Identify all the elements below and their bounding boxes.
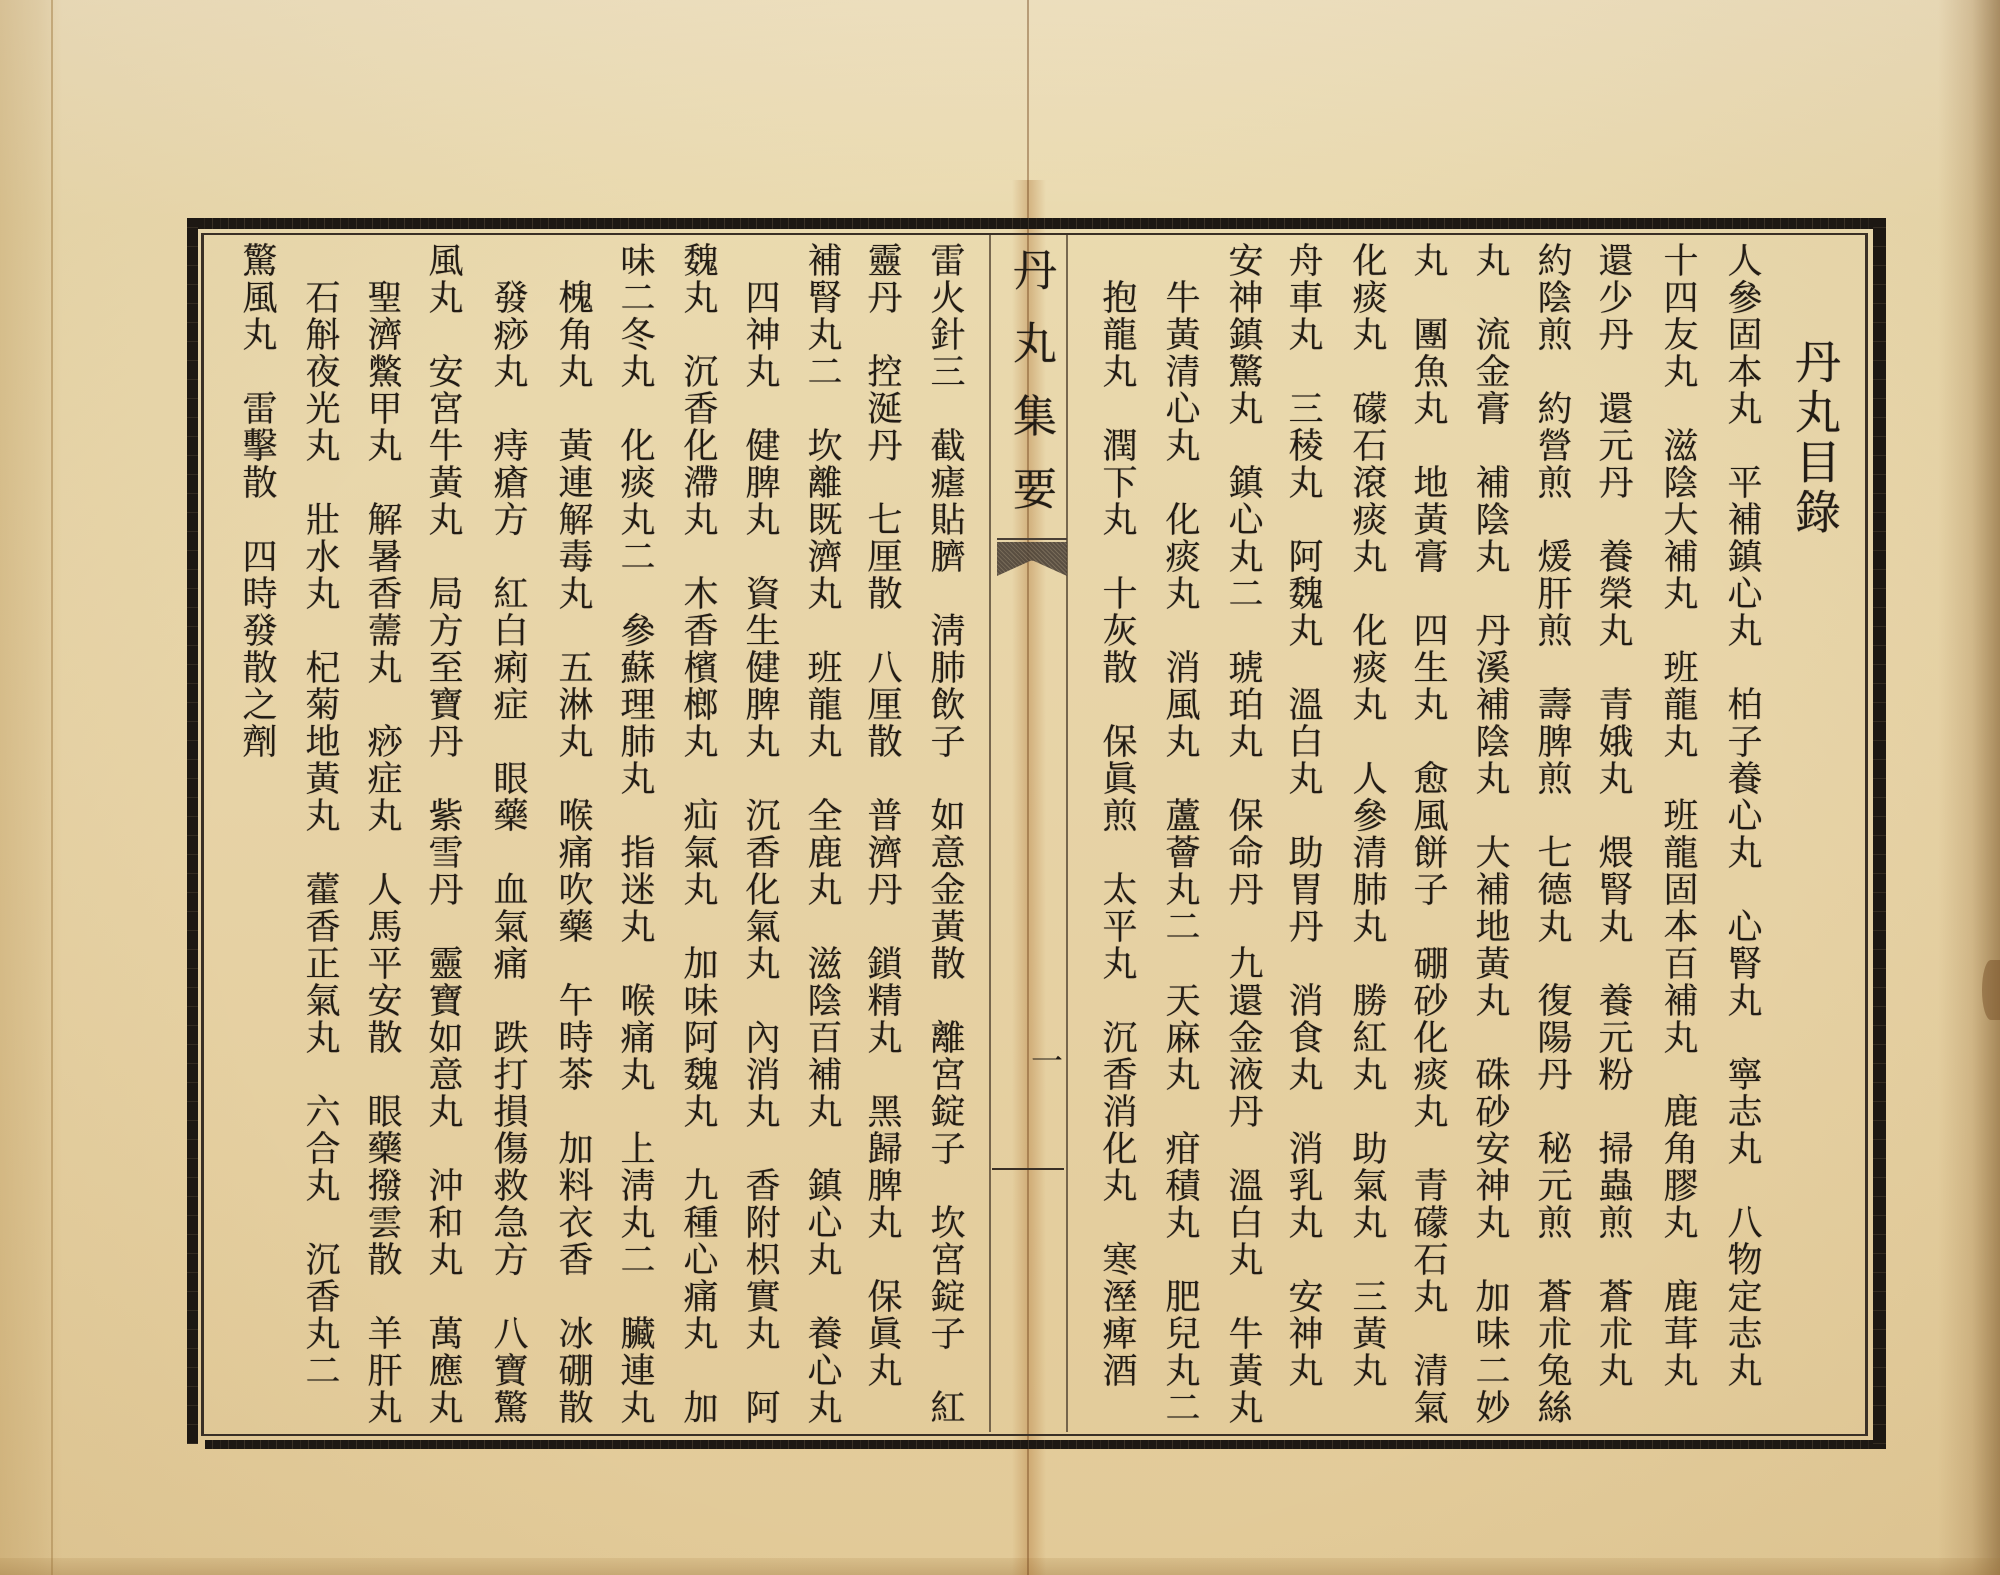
list-item: 控涎丹 [862,353,902,464]
list-item: 紅白痢症 [488,575,528,723]
toc-column: 補腎丸二坎離既濟丸班龍丸全鹿丸滋陰百補丸鎮心丸養心丸 [800,242,844,1502]
list-item: 全鹿丸 [802,797,842,908]
list-item: 鎖精丸 [862,945,902,1056]
list-item: 內消丸 [740,1019,780,1130]
list-item: 壯水丸 [300,501,340,612]
list-item: 人馬平安散 [362,871,402,1056]
list-item: 槐角丸 [553,279,593,390]
list-item: 養心丸 [802,1315,842,1426]
list-item: 鎮心丸 [802,1167,842,1278]
list-item: 杞菊地黃丸 [300,649,340,834]
list-item: 八寶驚 [488,1315,528,1426]
list-item: 沉香丸二 [300,1241,340,1389]
list-item: 四時發散之劑 [237,538,277,760]
list-item: 冰硼散 [553,1315,593,1426]
list-item: 八厘散 [862,649,902,760]
list-item: 雷擊散 [237,390,277,501]
toc-column: 聖濟鱉甲丸解暑香薷丸痧症丸人馬平安散眼藥撥雲散羊肝丸 [360,279,404,1539]
list-item: 香附枳實丸 [740,1167,780,1352]
list-item: 阿 [740,1389,780,1426]
list-item: 驚風丸 [237,242,277,353]
list-item: 坎離既濟丸 [802,427,842,612]
list-item: 眼藥撥雲散 [362,1093,402,1278]
list-item: 普濟丹 [862,797,902,908]
list-item: 七厘散 [862,501,902,612]
toc-column: 魏丸沉香化滯丸木香檳榔丸疝氣丸加味阿魏丸九種心痛丸加 [676,242,720,1502]
list-item: 跌打損傷救急方 [488,1019,528,1278]
list-item: 石斛夜光丸 [300,279,340,464]
list-item: 離宮錠子 [925,1019,965,1167]
list-item: 黑歸脾丸 [862,1093,902,1241]
list-item: 雷火針三 [925,242,965,390]
list-item: 藿香正氣丸 [300,871,340,1056]
toc-column: 槐角丸黃連解毒丸五淋丸喉痛吹藥午時茶加料衣香冰硼散 [551,279,595,1539]
list-item: 喉痛丸 [615,982,655,1093]
list-item: 化痰丸二 [615,427,655,575]
list-item: 發痧丸 [488,279,528,390]
toc-column: 驚風丸雷擊散四時發散之劑 [235,242,279,1502]
list-item: 沖和丸 [423,1167,463,1278]
toc-column: 風丸安宮牛黃丸局方至寶丹紫雪丹靈寶如意丸沖和丸萬應丸 [421,242,465,1502]
list-item: 味二冬丸 [615,242,655,390]
toc-column: 發痧丸痔瘡方紅白痢症眼藥血氣痛跌打損傷救急方八寶驚 [486,279,530,1539]
list-item: 坎宮錠子 [925,1204,965,1352]
list-item: 羊肝丸 [362,1315,402,1426]
list-item: 沉香化氣丸 [740,797,780,982]
list-item: 木香檳榔丸 [678,575,718,760]
list-item: 加味阿魏丸 [678,945,718,1130]
list-item: 加 [678,1389,718,1426]
list-item: 黃連解毒丸 [553,427,593,612]
list-item: 解暑香薷丸 [362,501,402,686]
list-item: 滋陰百補丸 [802,945,842,1130]
list-item: 資生健脾丸 [740,575,780,760]
toc-column: 味二冬丸化痰丸二參蘇理肺丸指迷丸喉痛丸上淸丸二臟連丸 [613,242,657,1502]
toc-column: 四神丸健脾丸資生健脾丸沉香化氣丸內消丸香附枳實丸阿 [738,279,782,1539]
list-item: 聖濟鱉甲丸 [362,279,402,464]
list-item: 局方至寶丹 [423,575,463,760]
list-item: 保眞丸 [862,1278,902,1389]
list-item: 沉香化滯丸 [678,353,718,538]
list-item: 午時茶 [553,982,593,1093]
toc-column: 石斛夜光丸壯水丸杞菊地黃丸藿香正氣丸六合丸沉香丸二 [298,279,342,1539]
list-item: 紫雪丹 [423,797,463,908]
list-item: 淸肺飲子 [925,612,965,760]
list-item: 班龍丸 [802,649,842,760]
toc-column: 雷火針三截瘧貼臍淸肺飲子如意金黃散離宮錠子坎宮錠子紅 [923,242,967,1502]
list-item: 萬應丸 [423,1315,463,1426]
list-item: 眼藥 [488,760,528,834]
left-page: 雷火針三截瘧貼臍淸肺飲子如意金黃散離宮錠子坎宮錠子紅 靈丹控涎丹七厘散八厘散普濟… [0,0,2000,1575]
list-item: 九種心痛丸 [678,1167,718,1352]
list-item: 六合丸 [300,1093,340,1204]
list-item: 五淋丸 [553,649,593,760]
list-item: 如意金黃散 [925,797,965,982]
list-item: 紅 [925,1389,965,1426]
list-item: 補腎丸二 [802,242,842,390]
toc-column: 靈丹控涎丹七厘散八厘散普濟丹鎖精丸黑歸脾丸保眞丸 [860,242,904,1502]
list-item: 靈寶如意丸 [423,945,463,1130]
list-item: 魏丸 [678,242,718,316]
list-item: 健脾丸 [740,427,780,538]
list-item: 參蘇理肺丸 [615,612,655,797]
list-item: 痔瘡方 [488,427,528,538]
list-item: 截瘧貼臍 [925,427,965,575]
list-item: 喉痛吹藥 [553,797,593,945]
list-item: 血氣痛 [488,871,528,982]
list-item: 四神丸 [740,279,780,390]
list-item: 痧症丸 [362,723,402,834]
list-item: 臟連丸 [615,1315,655,1426]
list-item: 指迷丸 [615,834,655,945]
list-item: 靈丹 [862,242,902,316]
list-item: 上淸丸二 [615,1130,655,1278]
list-item: 安宮牛黃丸 [423,353,463,538]
list-item: 疝氣丸 [678,797,718,908]
list-item: 加料衣香 [553,1130,593,1278]
list-item: 風丸 [423,242,463,316]
